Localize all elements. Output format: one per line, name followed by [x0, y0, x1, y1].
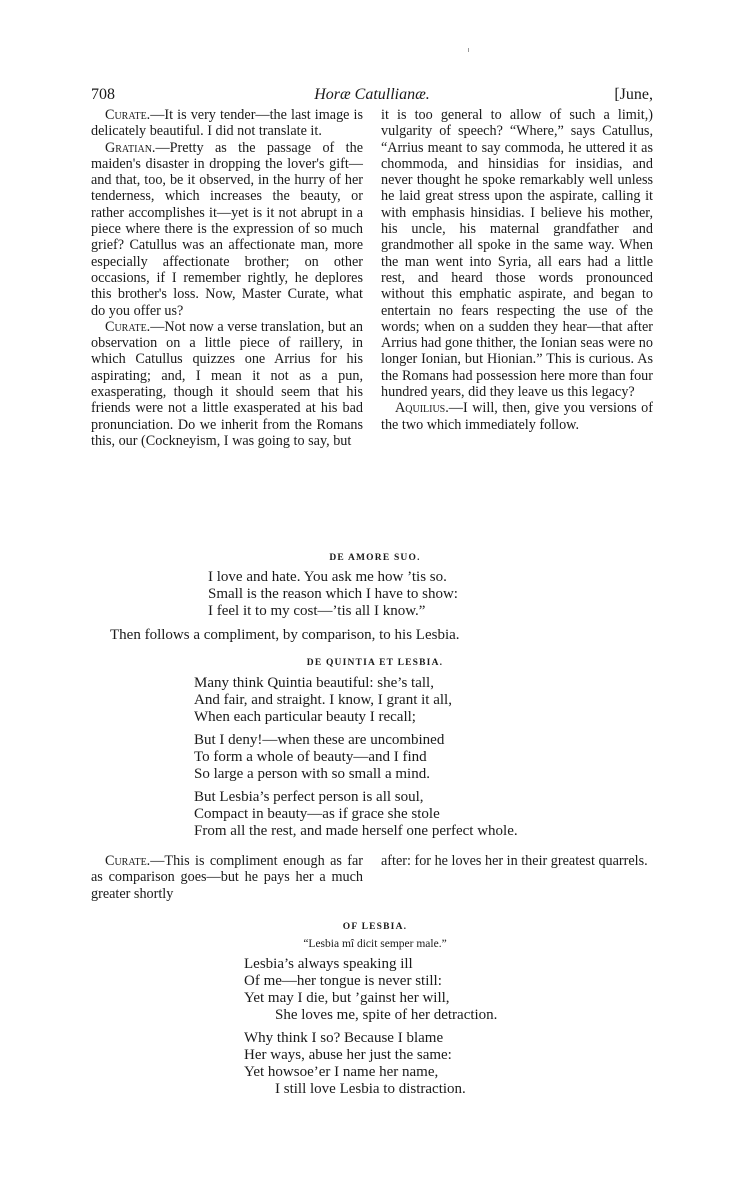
verse-line: I love and hate. You ask me how ’tis so.: [208, 569, 458, 586]
verse-line: Lesbia’s always speaking ill: [244, 956, 497, 973]
poem-heading: DE QUINTIA ET LESBIA.: [0, 658, 750, 668]
poem-de-amore-suo: I love and hate. You ask me how ’tis so.…: [208, 569, 458, 620]
epigraph: “Lesbia mî dicit semper male.”: [0, 938, 750, 950]
verse-line: She loves me, spite of her detraction.: [244, 1007, 497, 1024]
left-column: Curate.—It is very tender—the last image…: [91, 107, 363, 449]
speaker: Curate.: [105, 853, 150, 869]
verse-line: Of me—her tongue is never still:: [244, 973, 497, 990]
scan-mark: [468, 48, 469, 52]
poem-de-quintia: Many think Quintia beautiful: she’s tall…: [194, 675, 518, 840]
header-month: [June,: [614, 86, 653, 104]
curate-remark-left: Curate.—This is compliment enough as far…: [91, 853, 363, 902]
paragraph: Gratian.—Pretty as the passage of the ma…: [91, 140, 363, 319]
verse-line: I still love Lesbia to distraction.: [244, 1081, 497, 1098]
paragraph: Curate.—Not now a verse translation, but…: [91, 319, 363, 449]
paragraph: Curate.—It is very tender—the last image…: [91, 107, 363, 140]
verse-line: But Lesbia’s perfect person is all soul,: [194, 789, 518, 806]
verse-line: Many think Quintia beautiful: she’s tall…: [194, 675, 518, 692]
transition-text: Then follows a compliment, by comparison…: [110, 627, 460, 644]
speaker: Curate.: [105, 107, 150, 123]
book-page: 708 Horæ Catullianæ. [June, Curate.—It i…: [0, 0, 750, 1179]
verse-line: From all the rest, and made herself one …: [194, 823, 518, 840]
speaker: Curate.: [105, 319, 150, 335]
verse-line: Why think I so? Because I blame: [244, 1030, 497, 1047]
poem-of-lesbia: Lesbia’s always speaking ill Of me—her t…: [244, 956, 497, 1098]
running-header: 708 Horæ Catullianæ. [June,: [91, 86, 653, 106]
verse-line: Small is the reason which I have to show…: [208, 586, 458, 603]
verse-line: Yet howsoe’er I name her name,: [244, 1064, 497, 1081]
verse-line: And fair, and straight. I know, I grant …: [194, 692, 518, 709]
paragraph: Aquilius.—I will, then, give you version…: [381, 400, 653, 433]
poem-heading: DE AMORE SUO.: [0, 553, 750, 563]
verse-line: When each particular beauty I recall;: [194, 709, 518, 726]
paragraph: it is too general to allow of such a lim…: [381, 107, 653, 400]
speaker: Aquilius.: [395, 400, 449, 416]
running-title: Horæ Catullianæ.: [91, 86, 653, 104]
verse-line: Compact in beauty—as if grace she stole: [194, 806, 518, 823]
speaker: Gratian.: [105, 140, 155, 156]
verse-line: Yet may I die, but ’gainst her will,: [244, 990, 497, 1007]
verse-line: I feel it to my cost—’tis all I know.”: [208, 603, 458, 620]
verse-line: But I deny!—when these are uncombined: [194, 732, 518, 749]
curate-remark-right: after: for he loves her in their greates…: [381, 853, 656, 869]
poem-heading: OF LESBIA.: [0, 922, 750, 932]
verse-line: To form a whole of beauty—and I find: [194, 749, 518, 766]
verse-line: So large a person with so small a mind.: [194, 766, 518, 783]
right-column: it is too general to allow of such a lim…: [381, 107, 653, 433]
verse-line: Her ways, abuse her just the same:: [244, 1047, 497, 1064]
